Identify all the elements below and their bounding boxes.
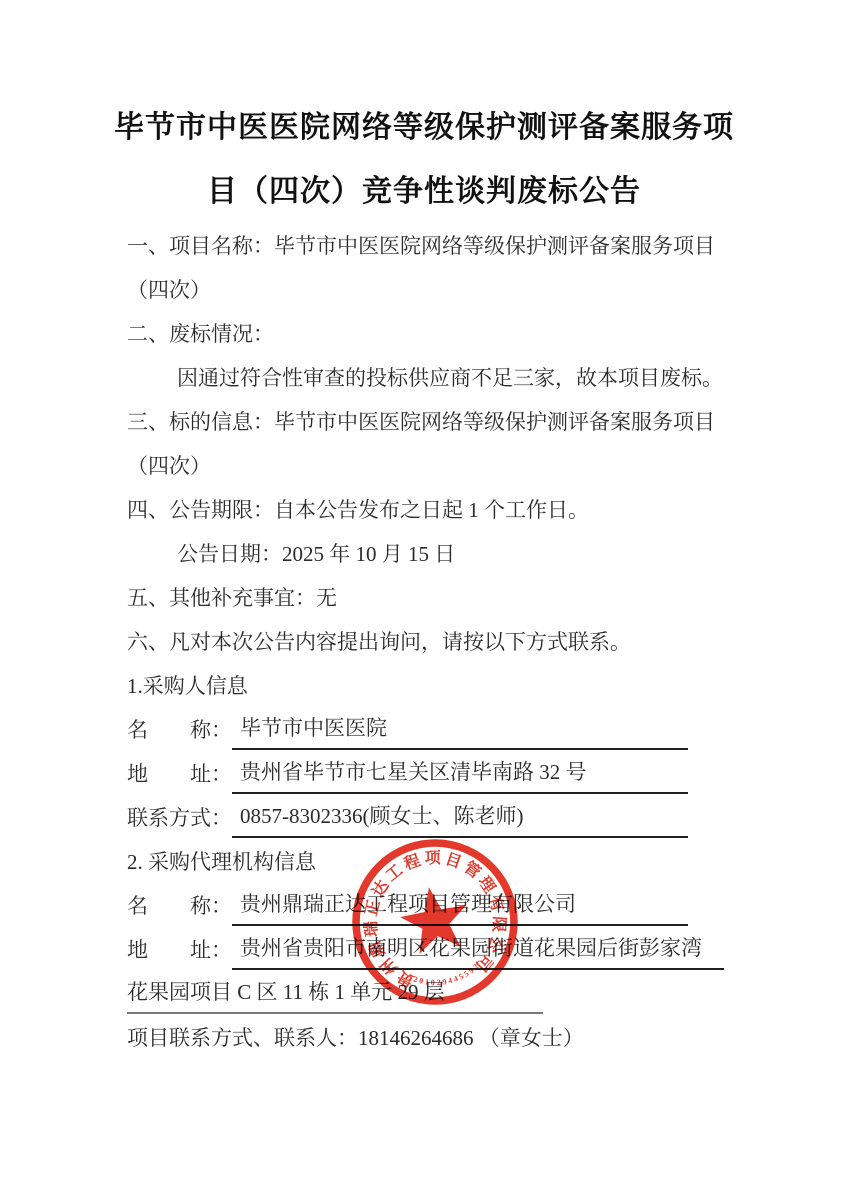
field-agency-address: 地 址： 贵州省贵阳市南明区花果园街道花果园后街彭家湾: [127, 928, 724, 972]
field-value: 贵州省毕节市七星关区清毕南路 32 号: [232, 752, 688, 794]
field-value: 0857-8302336(顾女士、陈老师): [232, 796, 688, 838]
line-project-name: 一、项目名称：毕节市中医医院网络等级保护测评备案服务项目: [127, 224, 727, 268]
line-purchaser-heading: 1.采购人信息: [127, 664, 727, 708]
line-cancellation-reason: 因通过符合性审查的投标供应商不足三家，故本项目废标。: [127, 356, 727, 400]
document-title: 毕节市中医医院网络等级保护测评备案服务项 目（四次）竞争性谈判废标公告: [0, 96, 848, 224]
line-subject-info: 三、标的信息：毕节市中医医院网络等级保护测评备案服务项目: [127, 400, 727, 444]
field-label: 名 称：: [127, 884, 232, 928]
field-purchaser-name: 名 称： 毕节市中医医院: [127, 708, 688, 752]
line-agency-address-cont: 花果园项目 C 区 11 栋 1 单元 29 层: [127, 972, 727, 1016]
field-value: 毕节市中医医院: [232, 708, 688, 750]
field-agency-name: 名 称： 贵州鼎瑞正达工程项目管理有限公司: [127, 884, 688, 928]
document-page: 毕节市中医医院网络等级保护测评备案服务项 目（四次）竞争性谈判废标公告 一、项目…: [0, 0, 848, 1200]
field-label: 名 称：: [127, 708, 232, 752]
field-purchaser-contact: 联系方式： 0857-8302336(顾女士、陈老师): [127, 796, 688, 840]
field-label: 地 址：: [127, 928, 232, 972]
document-body: 一、项目名称：毕节市中医医院网络等级保护测评备案服务项目 （四次） 二、废标情况…: [127, 224, 727, 1060]
field-label: 联系方式：: [127, 796, 232, 840]
field-value-continued: 花果园项目 C 区 11 栋 1 单元 29 层: [127, 972, 543, 1014]
line-subject-info-cont: （四次）: [127, 444, 727, 488]
line-contact-intro: 六、凡对本次公告内容提出询问，请按以下方式联系。: [127, 620, 727, 664]
field-value: 贵州省贵阳市南明区花果园街道花果园后街彭家湾: [232, 928, 724, 970]
field-purchaser-address: 地 址： 贵州省毕节市七星关区清毕南路 32 号: [127, 752, 688, 796]
field-label: 地 址：: [127, 752, 232, 796]
line-agency-heading: 2. 采购代理机构信息: [127, 840, 727, 884]
line-announcement-period: 四、公告期限：自本公告发布之日起 1 个工作日。: [127, 488, 727, 532]
line-announcement-date: 公告日期：2025 年 10 月 15 日: [127, 532, 727, 576]
line-project-contact: 项目联系方式、联系人：18146264686 （章女士）: [127, 1016, 727, 1060]
title-line-2: 目（四次）竞争性谈判废标公告: [0, 160, 848, 224]
line-other-matters: 五、其他补充事宜：无: [127, 576, 727, 620]
line-project-name-cont: （四次）: [127, 268, 727, 312]
title-line-1: 毕节市中医医院网络等级保护测评备案服务项: [0, 96, 848, 160]
field-value: 贵州鼎瑞正达工程项目管理有限公司: [232, 884, 688, 926]
line-cancellation-heading: 二、废标情况：: [127, 312, 727, 356]
